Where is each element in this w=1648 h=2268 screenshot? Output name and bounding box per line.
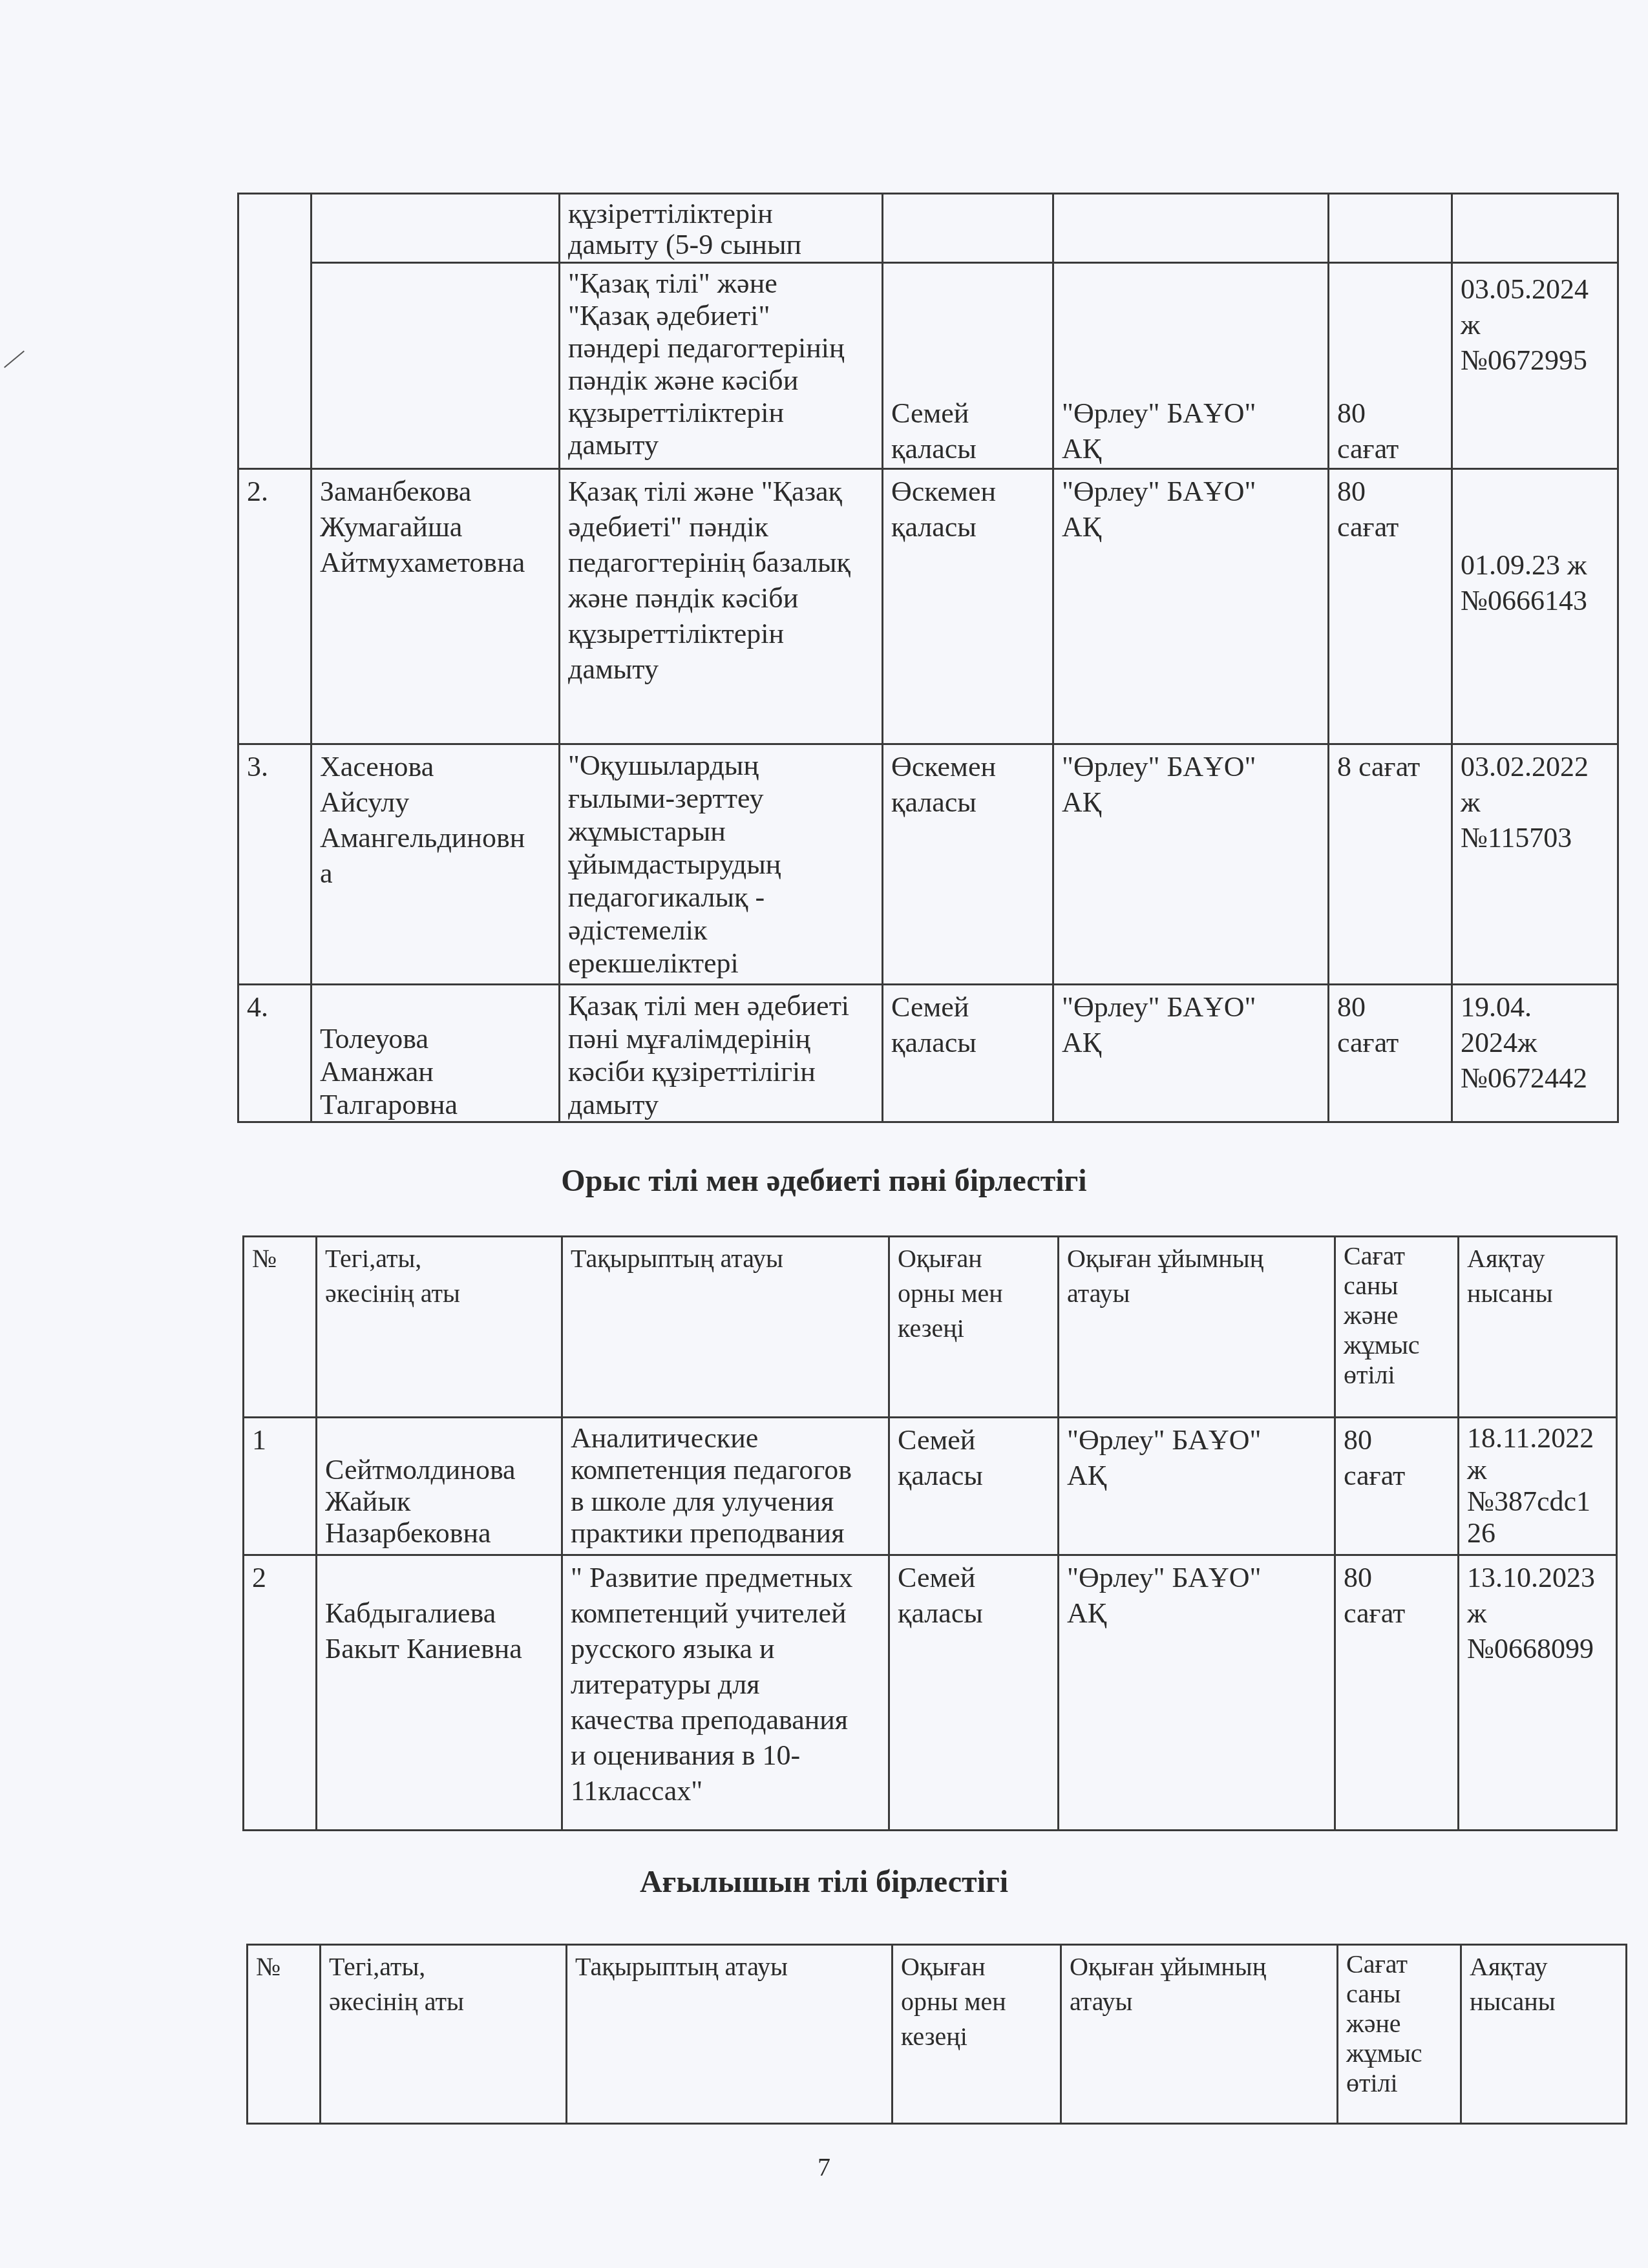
cell-topic: Қазақ тілі мен әдебиеті пәні мұғалімдері… [560, 985, 883, 1122]
header-completion: Аяқтау нысаны [1461, 1945, 1627, 2124]
table-row: 1 Сейтмолдинова Жайык Назарбековна Анали… [244, 1418, 1617, 1555]
cell-hours: 80 сағат [1329, 985, 1452, 1122]
cell-hours: 80 сағат [1335, 1555, 1459, 1831]
cell-topic: құзіреттіліктерін дамыту (5-9 сынып [560, 194, 883, 263]
russian-teachers-table: № Тегі,аты, әкесінің аты Тақырыптың атау… [242, 1235, 1618, 1831]
cell-completion: 18.11.2022 ж №387cdc1 26 [1459, 1418, 1617, 1555]
cell-topic: " Развитие предметных компетенций учител… [562, 1555, 889, 1831]
cell-organization: "Өрлеу" БАҰО" АҚ [1053, 469, 1329, 744]
table-row: "Қазақ тілі" және "Қазақ әдебиеті" пәнде… [238, 263, 1618, 469]
cell-num: 2 [244, 1555, 317, 1831]
cell-name: Сейтмолдинова Жайык Назарбековна [317, 1418, 562, 1555]
table-header-row: № Тегі,аты, әкесінің аты Тақырыптың атау… [244, 1237, 1617, 1418]
cell-name [312, 263, 560, 469]
cell-name: Хасенова Айсулу Амангельдиновн а [312, 744, 560, 985]
cell-num: 2. [238, 469, 312, 744]
header-num: № [248, 1945, 321, 2124]
cell-name: Кабдыгалиева Бакыт Каниевна [317, 1555, 562, 1831]
header-hours: Сағат саны және жұмыс өтілі [1335, 1237, 1459, 1418]
cell-topic: Қазақ тілі және "Қазақ әдебиеті" пәндік … [560, 469, 883, 744]
header-place: Оқыған орны мен кезеңі [893, 1945, 1061, 2124]
header-organization: Оқыған ұйымның атауы [1059, 1237, 1335, 1418]
cell-hours: 80 сағат [1335, 1418, 1459, 1555]
header-topic: Тақырыптың атауы [567, 1945, 893, 2124]
cell-num: 4. [238, 985, 312, 1122]
cell-place: Семей қаласы [889, 1555, 1059, 1831]
cell-organization: "Өрлеу" БАҰО" АҚ [1053, 263, 1329, 469]
cell-place: Өскемен қаласы [883, 469, 1053, 744]
cell-num: 1 [244, 1418, 317, 1555]
cell-num [238, 194, 312, 469]
cell-num: 3. [238, 744, 312, 985]
cell-name: Толеуова Аманжан Талгаровна [312, 985, 560, 1122]
cell-organization [1053, 194, 1329, 263]
cell-name: Заманбекова Жумагайша Айтмухаметовна [312, 469, 560, 744]
header-completion: Аяқтау нысаны [1459, 1237, 1617, 1418]
cell-place [883, 194, 1053, 263]
cell-completion: 01.09.23 ж №0666143 [1452, 469, 1618, 744]
cell-completion: 03.02.2022 ж №115703 [1452, 744, 1618, 985]
cell-completion [1452, 194, 1618, 263]
header-topic: Тақырыптың атауы [562, 1237, 889, 1418]
header-hours: Сағат саны және жұмыс өтілі [1338, 1945, 1461, 2124]
english-section-heading: Ағылышын тілі бірлестігі [0, 1864, 1648, 1900]
page-number: 7 [0, 2152, 1648, 2182]
english-teachers-table: № Тегі,аты, әкесінің аты Тақырыптың атау… [246, 1944, 1627, 2125]
header-num: № [244, 1237, 317, 1418]
table-row: 3. Хасенова Айсулу Амангельдиновн а "Оқу… [238, 744, 1618, 985]
cell-topic: Аналитические компетенция педагогов в шк… [562, 1418, 889, 1555]
header-name: Тегі,аты, әкесінің аты [321, 1945, 567, 2124]
scan-mark [4, 350, 25, 368]
cell-completion: 19.04. 2024ж №0672442 [1452, 985, 1618, 1122]
table-row: құзіреттіліктерін дамыту (5-9 сынып [238, 194, 1618, 263]
cell-organization: "Өрлеу" БАҰО" АҚ [1059, 1418, 1335, 1555]
cell-topic: "Оқушылардың ғылыми-зерттеу жұмыстарын ұ… [560, 744, 883, 985]
table-row: 4. Толеуова Аманжан Талгаровна Қазақ тіл… [238, 985, 1618, 1122]
cell-name [312, 194, 560, 263]
cell-hours [1329, 194, 1452, 263]
cell-organization: "Өрлеу" БАҰО" АҚ [1053, 744, 1329, 985]
cell-organization: "Өрлеу" БАҰО" АҚ [1059, 1555, 1335, 1831]
russian-section-heading: Орыс тілі мен әдебиеті пәні бірлестігі [0, 1163, 1648, 1199]
header-place: Оқыған орны мен кезеңі [889, 1237, 1059, 1418]
cell-completion: 03.05.2024 ж №0672995 [1452, 263, 1618, 469]
cell-organization: "Өрлеу" БАҰО" АҚ [1053, 985, 1329, 1122]
table-header-row: № Тегі,аты, әкесінің аты Тақырыптың атау… [248, 1945, 1627, 2124]
cell-topic: "Қазақ тілі" және "Қазақ әдебиеті" пәнде… [560, 263, 883, 469]
cell-hours: 80 сағат [1329, 263, 1452, 469]
header-name: Тегі,аты, әкесінің аты [317, 1237, 562, 1418]
header-organization: Оқыған ұйымның атауы [1061, 1945, 1338, 2124]
cell-place: Өскемен қаласы [883, 744, 1053, 985]
cell-place: Семей қаласы [883, 263, 1053, 469]
cell-hours: 80 сағат [1329, 469, 1452, 744]
table-row: 2 Кабдыгалиева Бакыт Каниевна " Развитие… [244, 1555, 1617, 1831]
kazakh-teachers-table: құзіреттіліктерін дамыту (5-9 сынып "Қаз… [237, 193, 1619, 1123]
cell-place: Семей қаласы [889, 1418, 1059, 1555]
cell-completion: 13.10.2023 ж №0668099 [1459, 1555, 1617, 1831]
table-row: 2. Заманбекова Жумагайша Айтмухаметовна … [238, 469, 1618, 744]
cell-hours: 8 сағат [1329, 744, 1452, 985]
cell-place: Семей қаласы [883, 985, 1053, 1122]
